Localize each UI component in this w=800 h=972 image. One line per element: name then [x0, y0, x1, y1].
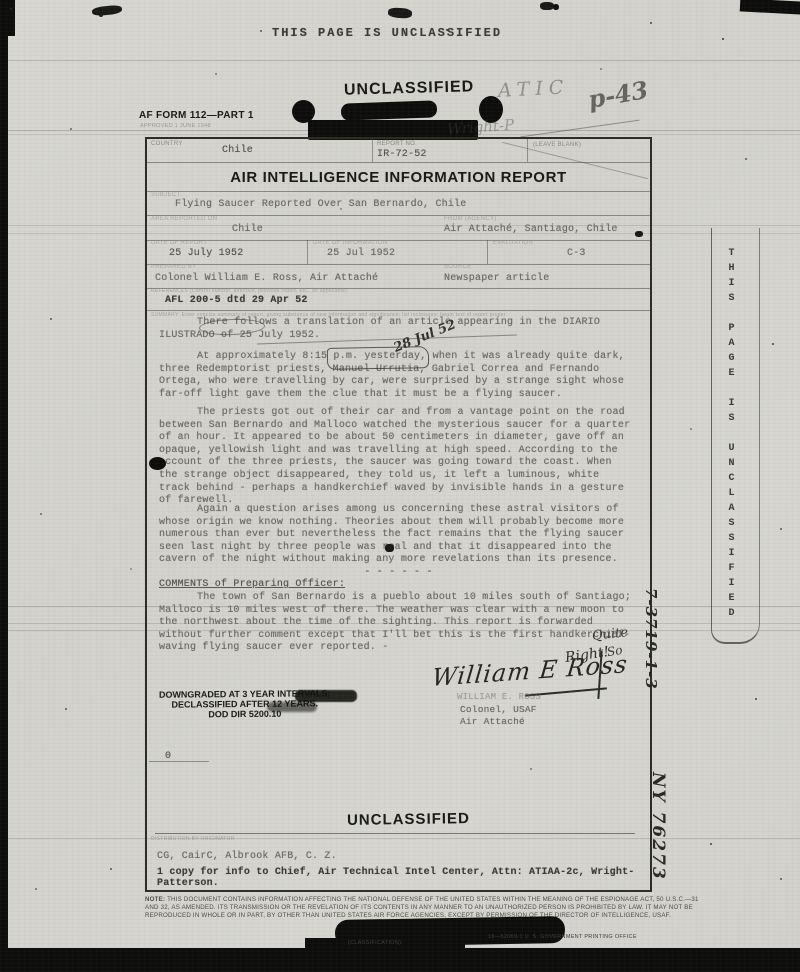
redaction-smudge — [295, 690, 357, 702]
form-row-title: AIR INTELLIGENCE INFORMATION REPORT — [147, 162, 650, 192]
area-label: AREA REPORTED ON — [151, 216, 217, 222]
report-no-value: IR-72-52 — [377, 149, 427, 160]
evaluation-label: EVALUATION — [493, 240, 533, 246]
ink-speck — [635, 231, 643, 237]
form-row-country: COUNTRY Chile REPORT NO. IR-72-52 (LEAVE… — [147, 139, 650, 163]
section-separator: - - - - - - — [147, 567, 650, 578]
top-unclassified-banner: THIS PAGE IS UNCLASSIFIED — [272, 26, 502, 40]
form-row-references: REFERENCES (Control number, directive, p… — [147, 288, 650, 311]
typed-signature-title: Air Attaché — [460, 716, 525, 727]
evaluation-value: C-3 — [567, 248, 586, 259]
from-value: Air Attaché, Santiago, Chile — [444, 224, 618, 235]
report-no-label: REPORT NO. — [377, 141, 417, 147]
divider-line — [155, 833, 635, 834]
form-row-area-from: AREA REPORTED ON Chile FROM (AGENCY) Air… — [147, 215, 650, 241]
ink-speck — [385, 544, 394, 552]
classification-label: (CLASSIFICATION) — [348, 940, 401, 946]
cell-divider — [487, 240, 488, 264]
prepared-by-label: PREPARED BY — [151, 264, 197, 270]
report-title: AIR INTELLIGENCE INFORMATION REPORT — [147, 169, 650, 186]
footer-security-note: NOTE: THIS DOCUMENT CONTAINS INFORMATION… — [145, 896, 705, 920]
distribution-line-1: CG, CairC, Albrook AFB, C. Z. — [157, 851, 337, 862]
printing-office-label: 16—52069-1 U. S. GOVERNMENT PRINTING OFF… — [488, 934, 637, 940]
unclassified-stamp-top: UNCLASSIFIED — [344, 78, 475, 99]
cell-divider — [372, 139, 373, 162]
redaction-smudge — [267, 702, 317, 712]
form-id-label: AF FORM 112—PART 1 — [139, 110, 254, 121]
handwritten-margin-number: NY 76273 — [648, 772, 668, 881]
from-label: FROM (AGENCY) — [444, 216, 497, 222]
date-of-report-value: 25 July 1952 — [169, 248, 243, 259]
ink-blob — [149, 457, 166, 470]
form-row-subject: SUBJECT Flying Saucer Reported Over San … — [147, 191, 650, 216]
country-label: COUNTRY — [151, 141, 183, 147]
redaction-bar — [341, 100, 438, 120]
handwritten-page-number: p-43 — [586, 75, 650, 114]
scanned-document-page: THIS PAGE IS UNCLASSIFIED UNCLASSIFIED A… — [0, 0, 800, 972]
af-form-112-box: COUNTRY Chile REPORT NO. IR-72-52 (LEAVE… — [145, 137, 652, 892]
date-of-info-label: DATE OF INFORMATION — [313, 240, 387, 246]
pencil-circle-time — [327, 346, 429, 370]
typed-signature-rank: Colonel, USAF — [460, 704, 537, 715]
handwritten-file-number: 7-3719-1-3 — [642, 588, 660, 690]
source-label: SOURCE — [444, 264, 471, 270]
scan-streak — [0, 60, 800, 61]
scan-noise — [10, 8, 12, 10]
cell-divider — [527, 139, 528, 162]
ink-speck — [388, 7, 413, 19]
typed-signature-name: WILLIAM E. ROSS — [457, 692, 541, 702]
form-row-dates: DATE OF REPORT 25 July 1952 DATE OF INFO… — [147, 240, 650, 265]
handwritten-atic-note: ATIC — [497, 76, 569, 102]
scan-edge-left — [0, 0, 8, 950]
side-unclassified-banner: THIS PAGE IS UNCLASSIFIED — [726, 248, 737, 638]
subject-label: SUBJECT — [151, 192, 180, 198]
cell-divider — [307, 240, 308, 264]
body-paragraph-2: The priests got out of their car and fro… — [159, 407, 635, 508]
ink-speck — [92, 4, 123, 16]
footer-note-text: THIS DOCUMENT CONTAINS INFORMATION AFFEC… — [145, 896, 699, 919]
scan-corner-mark — [740, 0, 800, 15]
unclassified-stamp-bottom: UNCLASSIFIED — [347, 810, 470, 829]
source-value: Newspaper article — [444, 273, 549, 284]
pencil-stroke — [149, 761, 209, 762]
distribution-label: DISTRIBUTION BY ORIGINATOR — [151, 836, 235, 842]
leave-blank-label: (LEAVE BLANK) — [533, 142, 581, 148]
country-value: Chile — [222, 145, 253, 156]
subject-value: Flying Saucer Reported Over San Bernardo… — [175, 199, 466, 210]
form-row-prepared: PREPARED BY Colonel William E. Ross, Air… — [147, 264, 650, 289]
body-paragraph-4: The town of San Bernardo is a pueblo abo… — [159, 592, 635, 655]
prepared-by-value: Colonel William E. Ross, Air Attaché — [155, 273, 378, 284]
scan-corner-mark — [0, 0, 15, 36]
form-approved-label: APPROVED 1 JUNE 1948 — [140, 123, 211, 129]
distribution-line-2: 1 copy for info to Chief, Air Technical … — [157, 867, 650, 889]
area-value: Chile — [232, 224, 263, 235]
date-of-info-value: 25 Jul 1952 — [327, 248, 395, 259]
references-label: REFERENCES (Control number, directive, p… — [151, 288, 347, 294]
ink-speck — [540, 2, 554, 10]
date-of-report-label: DATE OF REPORT — [151, 240, 207, 246]
body-paragraph-3: Again a question arises among us concern… — [159, 504, 635, 567]
comments-heading: COMMENTS of Preparing Officer: — [159, 579, 345, 590]
references-value: AFL 200-5 dtd 29 Apr 52 — [165, 295, 308, 306]
footer-note-label: NOTE: — [145, 896, 165, 903]
